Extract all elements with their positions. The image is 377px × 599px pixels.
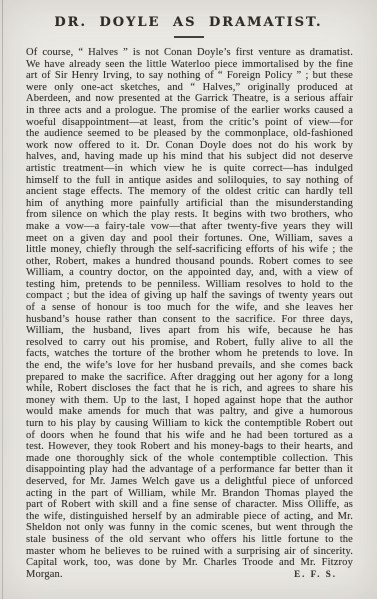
title-divider: [174, 36, 204, 38]
scan-edge-line: [2, 0, 3, 599]
article-page: DR. DOYLE AS DRAMATIST. Of course, “ Hal…: [0, 0, 377, 599]
article-title: DR. DOYLE AS DRAMATIST.: [10, 15, 367, 30]
article-body: Of course, “ Halves ” is not Conan Doyle…: [26, 47, 353, 580]
